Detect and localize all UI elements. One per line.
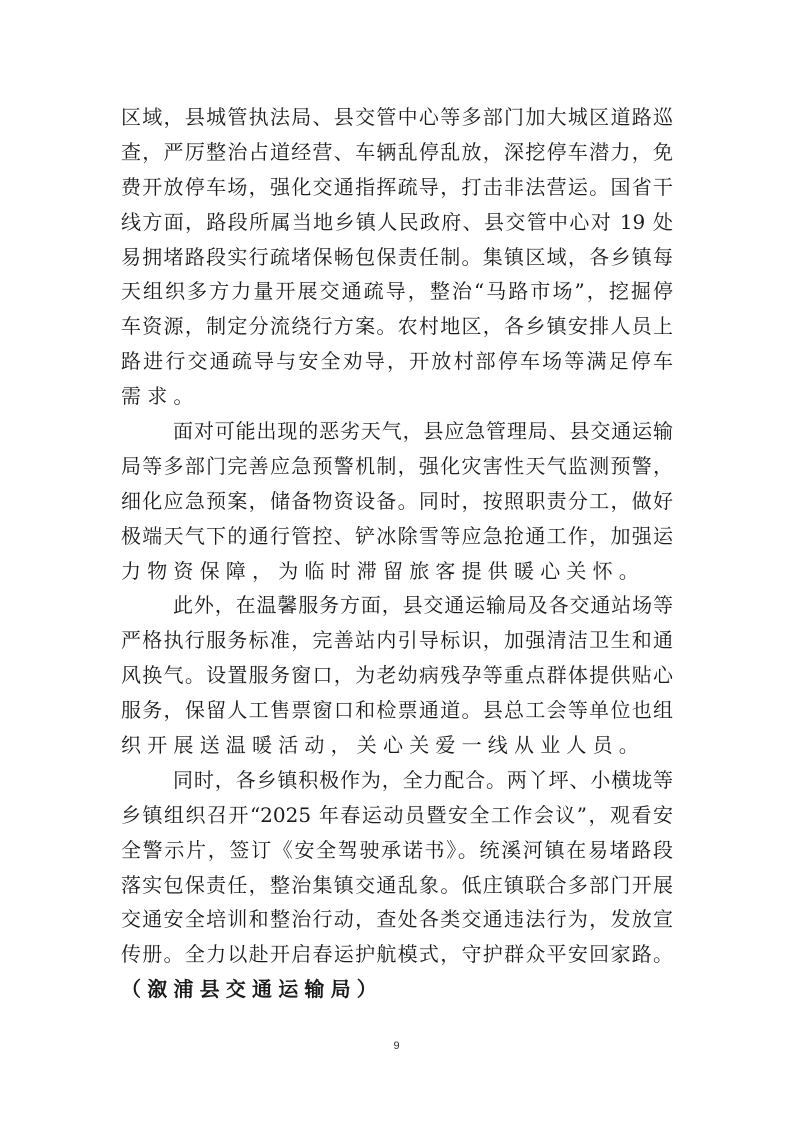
paragraph-1: 区域，县城管执法局、县交管中心等多部门加大城区道路巡 查，严厉整治占道经营、车辆… bbox=[121, 100, 673, 414]
text-line: 交通安全培训和整治行动，查处各类交通违法行为，发放宣 bbox=[121, 902, 673, 937]
text-line: 易拥堵路段实行疏堵保畅包保责任制。集镇区域，各乡镇每 bbox=[121, 240, 673, 275]
text-line: 查，严厉整治占道经营、车辆乱停乱放，深挖停车潜力，免 bbox=[121, 135, 673, 170]
text-line: 细化应急预案，储备物资设备。同时，按照职责分工，做好 bbox=[121, 484, 673, 519]
text-line: 面对可能出现的恶劣天气，县应急管理局、县交通运输 bbox=[121, 414, 673, 449]
text-line: 乡镇组织召开“2025 年春运动员暨安全工作会议”，观看安 bbox=[121, 798, 673, 833]
paragraph-4: 同时，各乡镇积极作为，全力配合。两丫坪、小横垅等 乡镇组织召开“2025 年春运… bbox=[121, 763, 673, 972]
paragraph-2: 面对可能出现的恶劣天气，县应急管理局、县交通运输 局等多部门完善应急预警机制，强… bbox=[121, 414, 673, 588]
text-line: 极端天气下的通行管控、铲冰除雪等应急抢通工作，加强运 bbox=[121, 519, 673, 554]
article-source: （溆浦县交通运输局） bbox=[121, 972, 673, 1007]
text-line: 此外，在温馨服务方面，县交通运输局及各交通站场等 bbox=[121, 588, 673, 623]
page-number: 9 bbox=[0, 1040, 793, 1052]
text-line: 天组织多方力量开展交通疏导，整治“马路市场”，挖掘停 bbox=[121, 274, 673, 309]
document-page: 区域，县城管执法局、县交管中心等多部门加大城区道路巡 查，严厉整治占道经营、车辆… bbox=[0, 0, 793, 1122]
text-line: 需求。 bbox=[121, 379, 673, 414]
text-line: 路进行交通疏导与安全劝导，开放村部停车场等满足停车 bbox=[121, 344, 673, 379]
text-line: 传册。全力以赴开启春运护航模式，守护群众平安回家路。 bbox=[121, 937, 673, 972]
text-line: 风换气。设置服务窗口，为老幼病残孕等重点群体提供贴心 bbox=[121, 658, 673, 693]
text-line: 织开展送温暖活动，关心关爱一线从业人员。 bbox=[121, 728, 673, 763]
text-line: 力物资保障，为临时滞留旅客提供暖心关怀。 bbox=[121, 554, 673, 589]
text-line: 落实包保责任，整治集镇交通乱象。低庄镇联合多部门开展 bbox=[121, 868, 673, 903]
text-line: 局等多部门完善应急预警机制，强化灾害性天气监测预警， bbox=[121, 449, 673, 484]
text-line: 同时，各乡镇积极作为，全力配合。两丫坪、小横垅等 bbox=[121, 763, 673, 798]
text-line: 严格执行服务标准，完善站内引导标识，加强清洁卫生和通 bbox=[121, 623, 673, 658]
text-line: 线方面，路段所属当地乡镇人民政府、县交管中心对 19 处 bbox=[121, 205, 673, 240]
article-body: 区域，县城管执法局、县交管中心等多部门加大城区道路巡 查，严厉整治占道经营、车辆… bbox=[121, 100, 673, 1007]
text-line: 区域，县城管执法局、县交管中心等多部门加大城区道路巡 bbox=[121, 100, 673, 135]
paragraph-3: 此外，在温馨服务方面，县交通运输局及各交通站场等 严格执行服务标准，完善站内引导… bbox=[121, 588, 673, 762]
text-line: 服务，保留人工售票窗口和检票通道。县总工会等单位也组 bbox=[121, 693, 673, 728]
text-line: 费开放停车场，强化交通指挥疏导，打击非法营运。国省干 bbox=[121, 170, 673, 205]
text-line: 全警示片，签订《安全驾驶承诺书》。统溪河镇在易堵路段 bbox=[121, 833, 673, 868]
text-line: 车资源，制定分流绕行方案。农村地区，各乡镇安排人员上 bbox=[121, 309, 673, 344]
